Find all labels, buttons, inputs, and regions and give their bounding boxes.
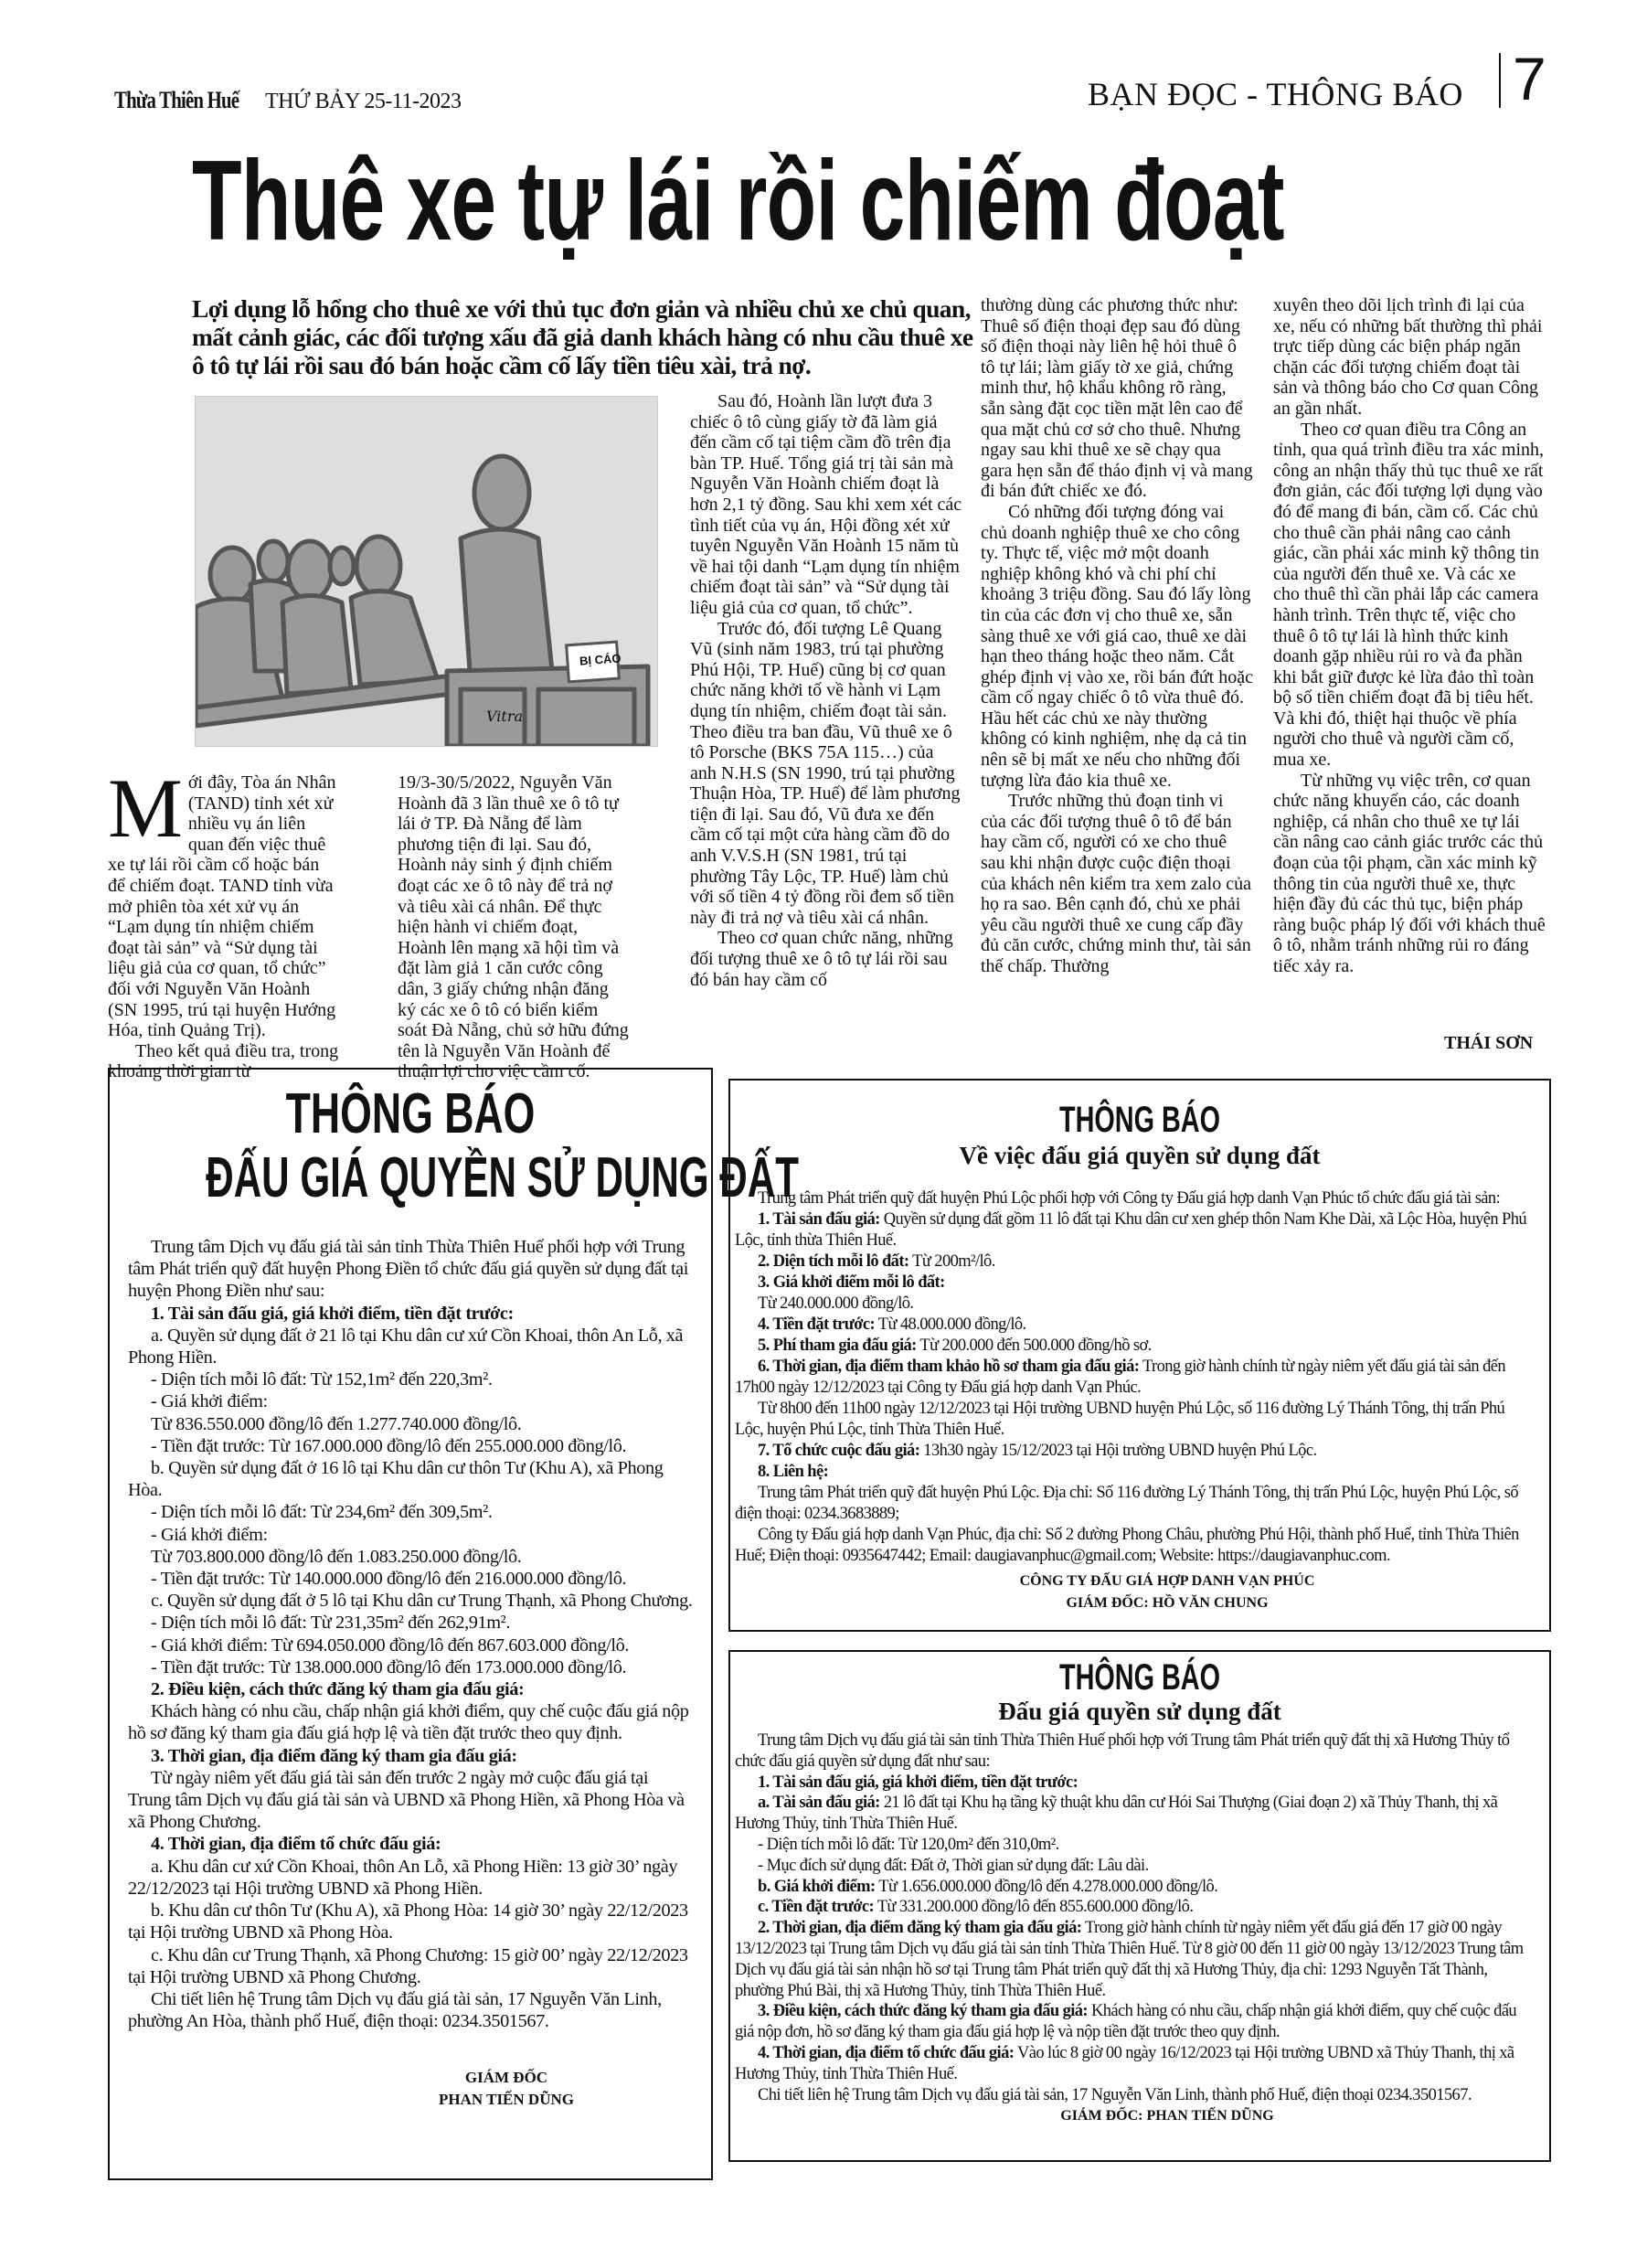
- notice-item-text: a. Khu dân cư xứ Cồn Khoai, thôn An Lỗ, …: [128, 1857, 677, 1899]
- notice-paragraph: Từ 836.550.000 đồng/lô đến 1.277.740.000…: [128, 1413, 693, 1435]
- notice-paragraph: a. Khu dân cư xứ Cồn Khoai, thôn An Lỗ, …: [128, 1856, 693, 1900]
- notice-paragraph: 1. Tài sản đấu giá, giá khởi điểm, tiền …: [735, 1773, 1531, 1794]
- notice-paragraph: a. Tài sản đấu giá: 21 lô đất tại Khu hạ…: [735, 1793, 1531, 1835]
- newspaper-name: Thừa Thiên Huế: [114, 87, 239, 114]
- signature-name: GIÁM ĐỐC: HỒ VĂN CHUNG: [785, 1592, 1549, 1614]
- notice-item-text: - Diện tích mỗi lô đất: Từ 231,35m² đến …: [151, 1613, 510, 1633]
- notice-item-text: - Diện tích mỗi lô đất: Từ 152,1m² đến 2…: [151, 1369, 493, 1390]
- notice-paragraph: c. Tiền đặt trước: Từ 331.200.000 đồng/l…: [735, 1897, 1531, 1918]
- notice-paragraph: 4. Thời gian, địa điểm tổ chức đấu giá:: [128, 1833, 693, 1855]
- paragraph: Từ những vụ việc trên, cơ quan chức năng…: [1273, 771, 1546, 977]
- signature-name: GIÁM ĐỐC: PHAN TIẾN DŨNG: [785, 2105, 1549, 2127]
- notice-paragraph: - Tiền đặt trước: Từ 140.000.000 đồng/lô…: [128, 1568, 693, 1590]
- notice-item-text: - Tiền đặt trước: Từ 167.000.000 đồng/lô…: [151, 1436, 626, 1456]
- paragraph: Trước đó, đối tượng Lê Quang Vũ (sinh nă…: [690, 619, 962, 929]
- notice-item-text: Chi tiết liên hệ Trung tâm Dịch vụ đấu g…: [758, 2086, 1472, 2104]
- notice-paragraph: - Giá khởi điểm:: [128, 1390, 693, 1412]
- notice-body: Trung tâm Dịch vụ đấu giá tài sản tỉnh T…: [128, 1236, 693, 2032]
- notice-paragraph: 6. Thời gian, địa điểm tham khảo hồ sơ t…: [735, 1357, 1531, 1399]
- paragraph: Trước những thủ đoạn tinh vi của các đối…: [981, 791, 1253, 976]
- notice-item-text: - Giá khởi điểm:: [151, 1391, 268, 1411]
- notice-title: THÔNG BÁO: [845, 1099, 1434, 1141]
- notice-paragraph: 5. Phí tham gia đấu giá: Từ 200.000 đến …: [735, 1336, 1531, 1357]
- notice-paragraph: - Tiền đặt trước: Từ 138.000.000 đồng/lô…: [128, 1656, 693, 1678]
- notice-paragraph: Từ 703.800.000 đồng/lô đến 1.083.250.000…: [128, 1546, 693, 1568]
- notice-paragraph: b. Quyền sử dụng đất ở 16 lô tại Khu dân…: [128, 1457, 693, 1501]
- notice-land-auction-phu-loc: THÔNG BÁO Về việc đấu giá quyền sử dụng …: [728, 1079, 1551, 1632]
- notice-item-heading: 4. Tiền đặt trước:: [758, 1315, 875, 1334]
- notice-item-text: Từ 48.000.000 đồng/lô.: [875, 1315, 1025, 1334]
- notice-item-text: - Tiền đặt trước: Từ 140.000.000 đồng/lô…: [151, 1569, 626, 1589]
- paragraph: 19/3-30/5/2022, Nguyễn Văn Hoành đã 3 lầ…: [398, 772, 631, 1082]
- article-byline: THÁI SƠN: [1444, 1033, 1533, 1054]
- notice-paragraph: 3. Thời gian, địa điểm đăng ký tham gia …: [128, 1745, 693, 1767]
- notice-item-heading: 2. Điều kiện, cách thức đăng ký tham gia…: [151, 1679, 524, 1699]
- notice-item-text: b. Quyền sử dụng đất ở 16 lô tại Khu dân…: [128, 1458, 663, 1500]
- notice-item-text: - Diện tích mỗi lô đất: Từ 234,6m² đến 3…: [151, 1502, 493, 1522]
- notice-item-heading: b. Giá khởi điểm:: [758, 1878, 876, 1896]
- paragraph: Theo cơ quan chức năng, những đối tượng …: [690, 928, 962, 990]
- notice-item-text: Chi tiết liên hệ Trung tâm Dịch vụ đấu g…: [128, 1989, 662, 2031]
- notice-paragraph: b. Khu dân cư thôn Tư (Khu A), xã Phong …: [128, 1900, 693, 1943]
- notice-paragraph: Khách hàng có nhu cầu, chấp nhận giá khở…: [128, 1700, 693, 1744]
- notice-paragraph: 2. Diện tích mỗi lô đất: Từ 200m²/lô.: [735, 1251, 1531, 1272]
- notice-paragraph: 1. Tài sản đấu giá, giá khởi điểm, tiền …: [128, 1303, 693, 1325]
- notice-item-text: Trung tâm Dịch vụ đấu giá tài sản tỉnh T…: [735, 1731, 1509, 1771]
- article-column-3: Sau đó, Hoành lần lượt đưa 3 chiếc ô tô …: [690, 391, 962, 990]
- notice-item-heading: 7. Tổ chức cuộc đấu giá:: [758, 1442, 919, 1460]
- notice-paragraph: - Giá khởi điểm:: [128, 1524, 693, 1546]
- notice-paragraph: Trung tâm Dịch vụ đấu giá tài sản tỉnh T…: [128, 1236, 693, 1303]
- notice-item-text: Công ty Đấu giá hợp danh Vạn Phúc, địa c…: [735, 1526, 1519, 1565]
- notice-paragraph: 8. Liên hệ:: [735, 1462, 1531, 1483]
- notice-item-text: Từ 240.000.000 đồng/lô.: [758, 1294, 913, 1313]
- notice-item-text: Khách hàng có nhu cầu, chấp nhận giá khở…: [128, 1701, 688, 1743]
- notice-item-heading: 2. Diện tích mỗi lô đất:: [758, 1252, 909, 1271]
- article-headline: Thuê xe tự lái rồi chiếm đoạt: [192, 137, 1179, 265]
- notice-item-text: Trung tâm Phát triển quỹ đất huyện Phú L…: [735, 1484, 1518, 1523]
- notice-paragraph: 4. Thời gian, địa điểm tổ chức đấu giá: …: [735, 2043, 1531, 2085]
- courtroom-drawing-icon: [196, 397, 657, 746]
- notice-item-heading: 1. Tài sản đấu giá, giá khởi điểm, tiền …: [151, 1304, 514, 1324]
- notice-paragraph: - Diện tích mỗi lô đất: Từ 231,35m² đến …: [128, 1612, 693, 1634]
- notice-paragraph: 2. Thời gian, địa điểm đăng ký tham gia …: [735, 1918, 1531, 2001]
- notice-subtitle: Đấu giá quyền sử dụng đất: [730, 1698, 1549, 1725]
- notice-item-text: Từ 200m²/lô.: [909, 1252, 994, 1271]
- notice-item-heading: 3. Điều kiện, cách thức đăng ký tham gia…: [758, 2002, 1088, 2020]
- notice-paragraph: Công ty Đấu giá hợp danh Vạn Phúc, địa c…: [735, 1525, 1531, 1567]
- notice-item-text: 13h30 ngày 15/12/2023 tại Hội trường UBN…: [919, 1442, 1316, 1460]
- notice-item-heading: 4. Thời gian, địa điểm tổ chức đấu giá:: [151, 1834, 441, 1854]
- notice-paragraph: Chi tiết liên hệ Trung tâm Dịch vụ đấu g…: [128, 1988, 693, 2032]
- notice-item-heading: 8. Liên hệ:: [758, 1463, 828, 1481]
- notice-paragraph: 1. Tài sản đấu giá: Quyền sử dụng đất gồ…: [735, 1209, 1531, 1251]
- notice-item-text: b. Khu dân cư thôn Tư (Khu A), xã Phong …: [128, 1901, 688, 1943]
- notice-land-auction-huong-thuy: THÔNG BÁO Đấu giá quyền sử dụng đất Trun…: [728, 1650, 1551, 2162]
- article-column-1: Mới đây, Tòa án Nhân (TAND) tỉnh xét xử …: [108, 772, 341, 1082]
- notice-item-heading: 4. Thời gian, địa điểm tổ chức đấu giá:: [758, 2044, 1014, 2062]
- artist-signature: Vitra: [486, 708, 523, 725]
- notice-paragraph: Từ ngày niêm yết đấu giá tài sản đến trư…: [128, 1767, 693, 1834]
- notice-paragraph: Trung tâm Dịch vụ đấu giá tài sản tỉnh T…: [735, 1730, 1531, 1773]
- notice-land-auction-phong-dien: THÔNG BÁO ĐẤU GIÁ QUYỀN SỬ DỤNG ĐẤT Trun…: [108, 1068, 713, 2180]
- notice-body: Trung tâm Dịch vụ đấu giá tài sản tỉnh T…: [735, 1730, 1531, 2105]
- notice-item-text: Từ 331.200.000 đồng/lô đến 855.600.000 đ…: [874, 1898, 1193, 1916]
- notice-item-text: Từ 1.656.000.000 đồng/lô đến 4.278.000.0…: [876, 1878, 1218, 1896]
- notice-item-text: Từ 8h00 đến 11h00 ngày 12/12/2023 tại Hộ…: [735, 1400, 1504, 1439]
- notice-item-text: Từ 836.550.000 đồng/lô đến 1.277.740.000…: [151, 1414, 521, 1434]
- notice-item-text: - Tiền đặt trước: Từ 138.000.000 đồng/lô…: [151, 1657, 626, 1677]
- issue-date: THỨ BẢY 25-11-2023: [265, 90, 462, 114]
- notice-item-heading: 3. Thời gian, địa điểm đăng ký tham gia …: [151, 1746, 517, 1766]
- notice-item-heading: a. Tài sản đấu giá:: [758, 1794, 880, 1812]
- notice-paragraph: - Diện tích mỗi lô đất: Từ 234,6m² đến 3…: [128, 1501, 693, 1523]
- notice-item-heading: 3. Giá khởi điểm mỗi lô đất:: [758, 1273, 945, 1292]
- section-title: BẠN ĐỌC - THÔNG BÁO: [1088, 75, 1463, 113]
- page-number: 7: [1513, 44, 1546, 113]
- notice-item-text: - Giá khởi điểm: Từ 694.050.000 đồng/lô …: [151, 1635, 629, 1656]
- notice-item-text: - Mục đích sử dụng đất: Đất ở, Thời gian…: [758, 1857, 1149, 1875]
- signature-org: CÔNG TY ĐẤU GIÁ HỢP DANH VẠN PHÚC: [785, 1571, 1549, 1592]
- paragraph: Sau đó, Hoành lần lượt đưa 3 chiếc ô tô …: [690, 391, 962, 619]
- notice-paragraph: - Tiền đặt trước: Từ 167.000.000 đồng/lô…: [128, 1435, 693, 1457]
- notice-paragraph: Từ 240.000.000 đồng/lô.: [735, 1294, 1531, 1315]
- notice-paragraph: Chi tiết liên hệ Trung tâm Dịch vụ đấu g…: [735, 2085, 1531, 2106]
- notice-item-heading: 6. Thời gian, địa điểm tham khảo hồ sơ t…: [758, 1358, 1139, 1376]
- notice-item-text: Từ ngày niêm yết đấu giá tài sản đến trư…: [128, 1768, 685, 1832]
- notice-body: Trung tâm Phát triển quỹ đất huyện Phú L…: [735, 1188, 1531, 1567]
- notice-item-text: c. Khu dân cư Trung Thạnh, xã Phong Chươ…: [128, 1945, 688, 1987]
- notice-subtitle: Về việc đấu giá quyền sử dụng đất: [730, 1141, 1549, 1170]
- paragraph: thường dùng các phương thức như: Thuê số…: [981, 295, 1253, 502]
- header-divider: [1499, 53, 1501, 108]
- notice-paragraph: 2. Điều kiện, cách thức đăng ký tham gia…: [128, 1678, 693, 1700]
- article-column-4: thường dùng các phương thức như: Thuê số…: [981, 295, 1253, 977]
- notice-item-heading: 2. Thời gian, địa điểm đăng ký tham gia …: [758, 1919, 1081, 1937]
- notice-paragraph: Trung tâm Phát triển quỹ đất huyện Phú L…: [735, 1188, 1531, 1209]
- paragraph: Theo cơ quan điều tra Công an tỉnh, qua …: [1273, 420, 1546, 771]
- notice-item-heading: 5. Phí tham gia đấu giá:: [758, 1336, 917, 1355]
- defendant-sign: BỊ CÁO: [579, 651, 622, 667]
- notice-item-text: Trung tâm Dịch vụ đấu giá tài sản tỉnh T…: [128, 1237, 688, 1301]
- notice-item-text: Trung tâm Phát triển quỹ đất huyện Phú L…: [758, 1189, 1500, 1208]
- notice-item-heading: c. Tiền đặt trước:: [758, 1898, 874, 1916]
- notice-paragraph: - Diện tích mỗi lô đất: Từ 152,1m² đến 2…: [128, 1368, 693, 1390]
- notice-paragraph: Từ 8h00 đến 11h00 ngày 12/12/2023 tại Hộ…: [735, 1399, 1531, 1441]
- notice-paragraph: 7. Tổ chức cuộc đấu giá: 13h30 ngày 15/1…: [735, 1441, 1531, 1462]
- notice-paragraph: - Mục đích sử dụng đất: Đất ở, Thời gian…: [735, 1856, 1531, 1877]
- notice-paragraph: c. Khu dân cư Trung Thạnh, xã Phong Chươ…: [128, 1944, 693, 1988]
- notice-paragraph: - Diện tích mỗi lô đất: Từ 120,0m² đến 3…: [735, 1835, 1531, 1856]
- notice-paragraph: a. Quyền sử dụng đất ở 21 lô tại Khu dân…: [128, 1325, 693, 1368]
- notice-item-text: - Giá khởi điểm:: [151, 1525, 268, 1545]
- paragraph: xuyên theo dõi lịch trình đi lại của xe,…: [1273, 295, 1546, 420]
- paragraph: Có những đối tượng đóng vai chủ doanh ng…: [981, 502, 1253, 791]
- notice-paragraph: b. Giá khởi điểm: Từ 1.656.000.000 đồng/…: [735, 1877, 1531, 1898]
- article-column-5: xuyên theo dõi lịch trình đi lại của xe,…: [1273, 295, 1546, 977]
- notice-item-text: Từ 703.800.000 đồng/lô đến 1.083.250.000…: [151, 1547, 521, 1567]
- notice-paragraph: - Giá khởi điểm: Từ 694.050.000 đồng/lô …: [128, 1634, 693, 1656]
- notice-subtitle: ĐẤU GIÁ QUYỀN SỬ DỤNG ĐẤT: [206, 1146, 614, 1210]
- notice-item-heading: 1. Tài sản đấu giá:: [758, 1210, 880, 1229]
- notice-item-text: Từ 200.000 đến 500.000 đồng/hồ sơ.: [917, 1336, 1152, 1355]
- notice-paragraph: 3. Điều kiện, cách thức đăng ký tham gia…: [735, 2001, 1531, 2043]
- notice-paragraph: 3. Giá khởi điểm mỗi lô đất:: [735, 1272, 1531, 1294]
- notice-paragraph: Trung tâm Phát triển quỹ đất huyện Phú L…: [735, 1483, 1531, 1525]
- article-column-2: 19/3-30/5/2022, Nguyễn Văn Hoành đã 3 lầ…: [398, 772, 631, 1082]
- notice-title: THÔNG BÁO: [845, 1657, 1434, 1698]
- article-sapo: Lợi dụng lỗ hổng cho thuê xe với thủ tục…: [192, 294, 987, 379]
- drop-cap: M: [108, 776, 183, 840]
- notice-item-text: a. Quyền sử dụng đất ở 21 lô tại Khu dân…: [128, 1326, 683, 1368]
- notice-title: THÔNG BÁO: [194, 1082, 627, 1146]
- notice-item-text: - Diện tích mỗi lô đất: Từ 120,0m² đến 3…: [758, 1836, 1059, 1854]
- court-illustration: BỊ CÁO Vitra: [195, 396, 658, 747]
- notice-item-heading: 1. Tài sản đấu giá, giá khởi điểm, tiền …: [758, 1773, 1078, 1792]
- notice-item-text: c. Quyền sử dụng đất ở 5 lô tại Khu dân …: [151, 1591, 693, 1611]
- notice-paragraph: 4. Tiền đặt trước: Từ 48.000.000 đồng/lô…: [735, 1315, 1531, 1336]
- signature-title: GIÁM ĐỐC: [302, 2067, 711, 2089]
- signature-name: PHAN TIẾN DŨNG: [302, 2089, 711, 2111]
- notice-paragraph: c. Quyền sử dụng đất ở 5 lô tại Khu dân …: [128, 1590, 693, 1612]
